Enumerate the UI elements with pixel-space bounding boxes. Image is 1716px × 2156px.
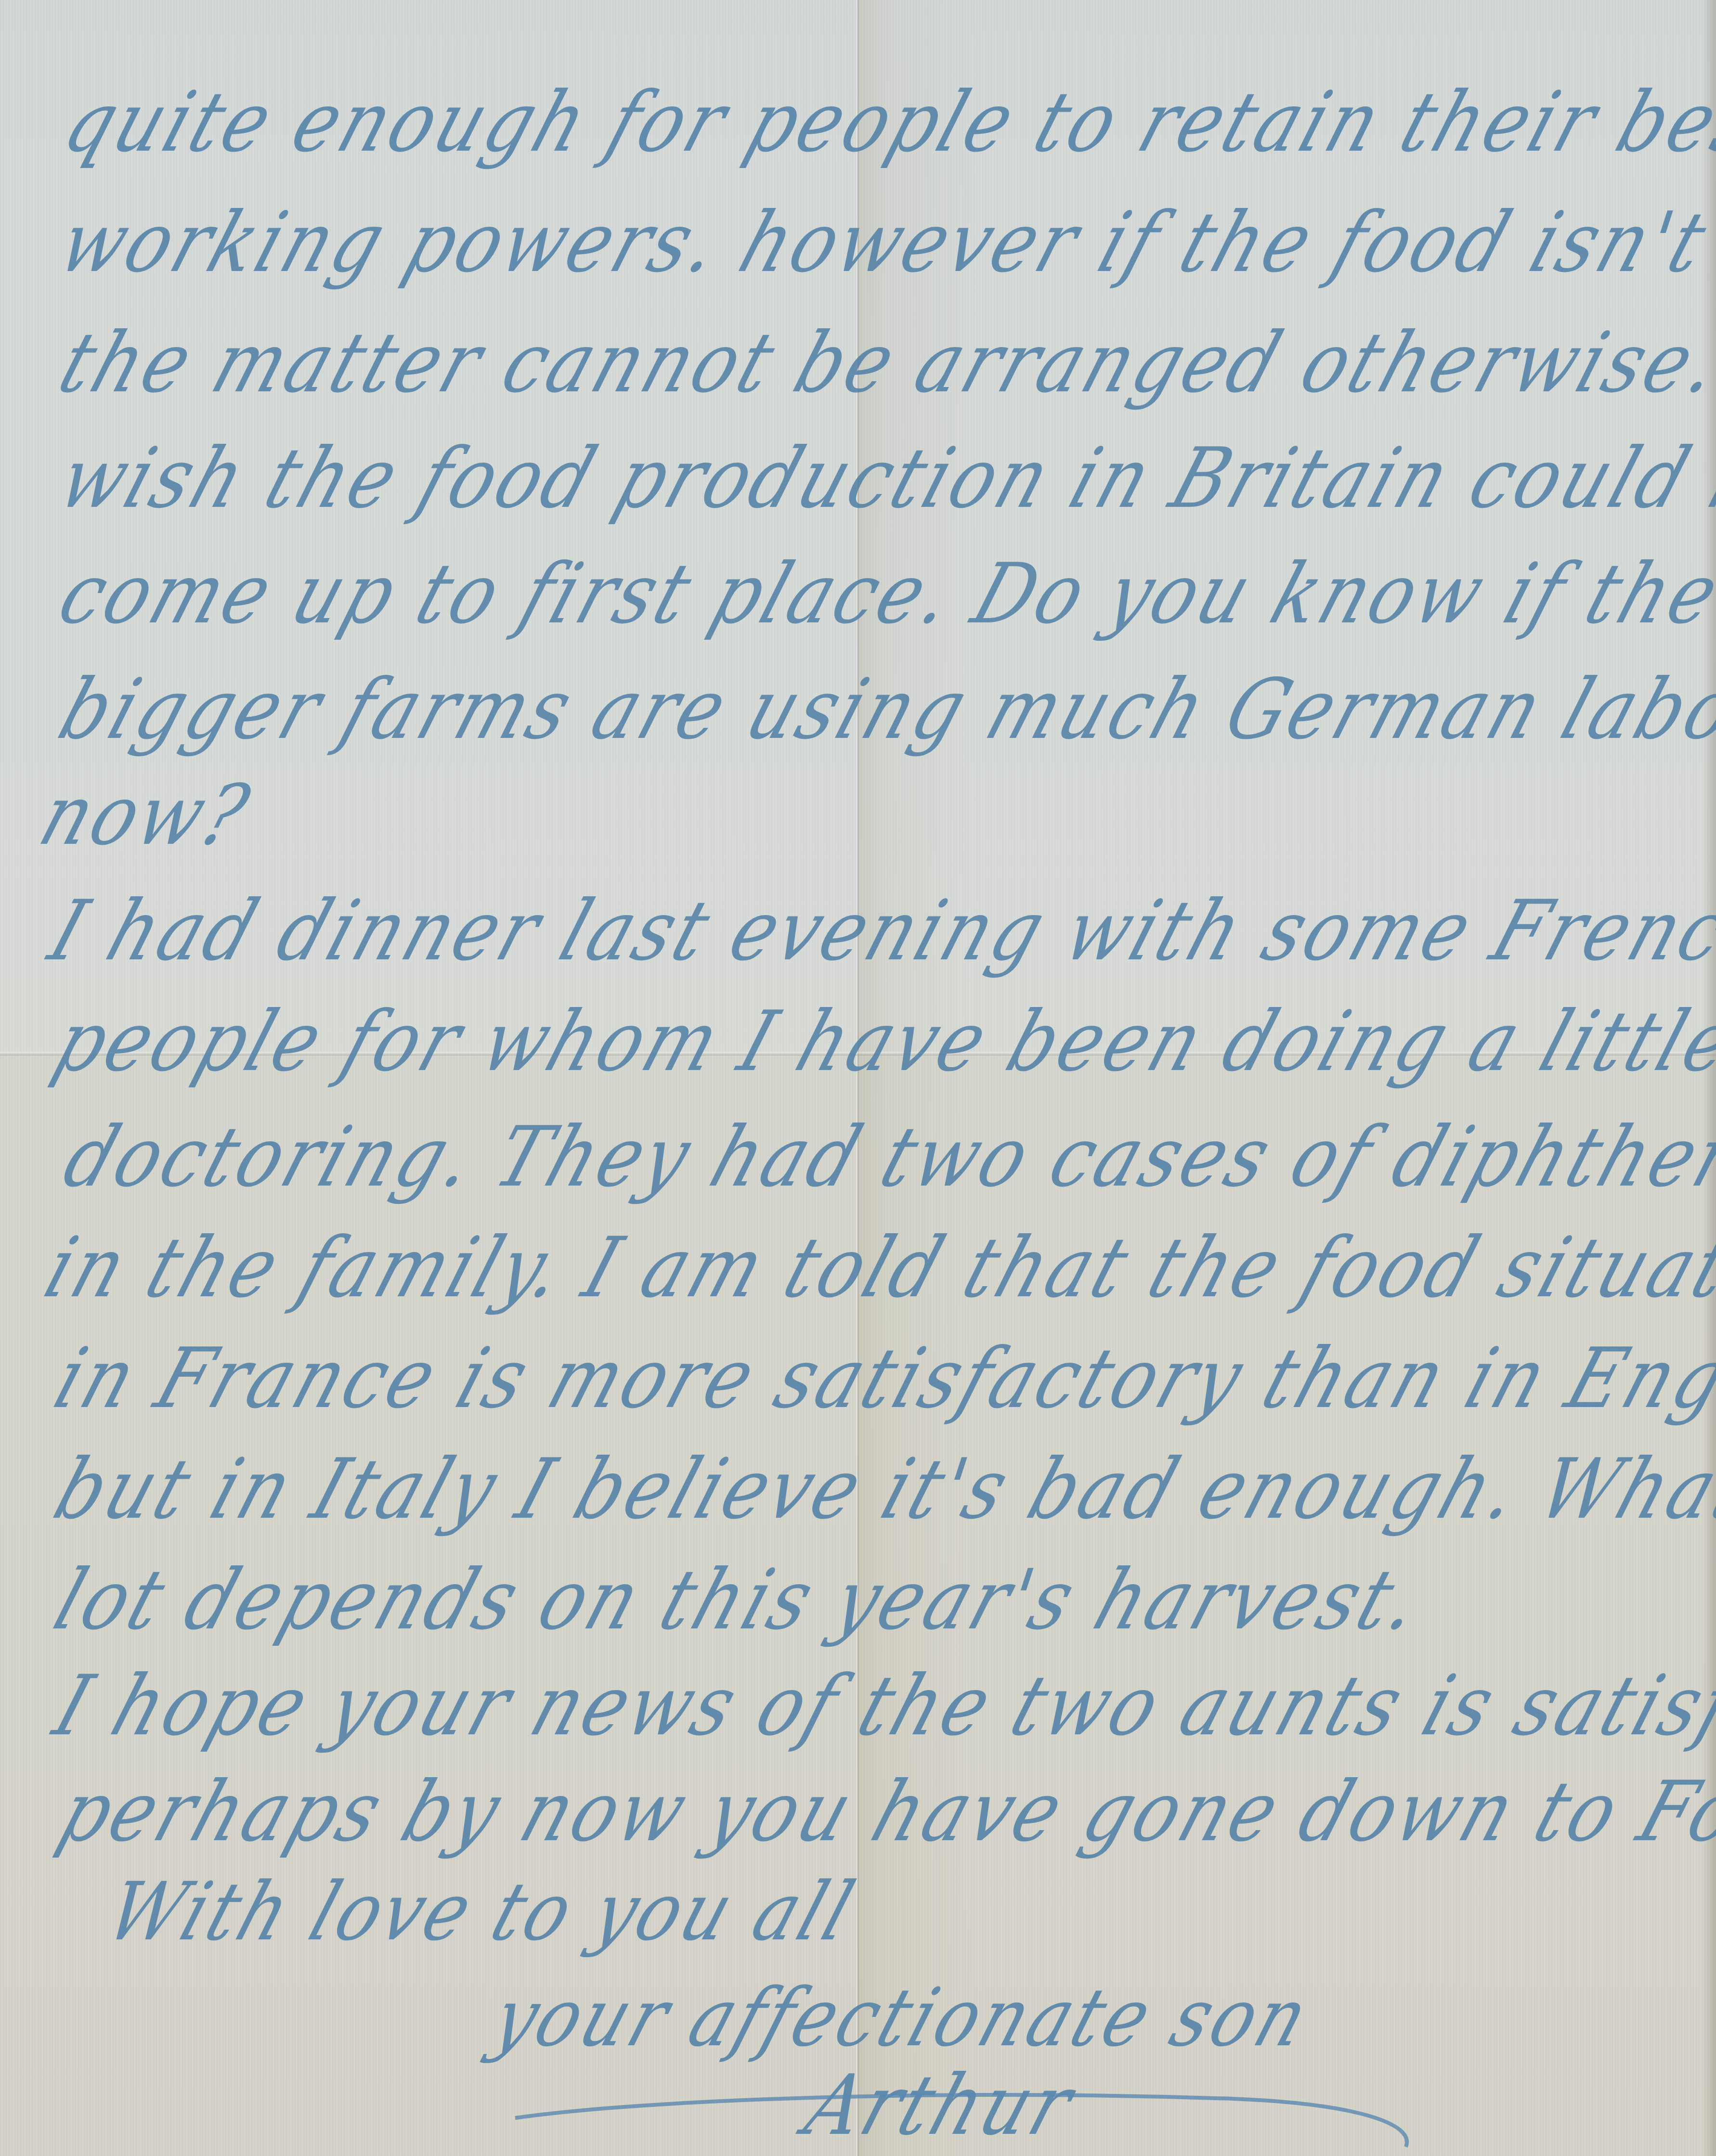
letter-line-2: working powers. however if the food isn'… (48, 194, 1716, 291)
letter-line-14: lot depends on this year's harvest. (43, 1552, 1434, 1648)
signature-underline-flourish (510, 2084, 1425, 2152)
letter-line-15: I hope your news of the two aunts is sat… (43, 1658, 1716, 1754)
letter-line-8: I had dinner last evening with some Fren… (39, 883, 1716, 979)
letter-line-3: the matter cannot be arranged otherwise.… (48, 315, 1716, 411)
letter-line-12: in France is more satisfactory than in E… (43, 1330, 1716, 1427)
letter-line-1: quite enough for people to retain their … (53, 74, 1716, 170)
letter-line-13: but in Italy I believe it's bad enough. … (43, 1441, 1716, 1537)
closing-line: With love to you all (96, 1865, 867, 1959)
letter-line-4: wish the food production in Britain coul… (48, 430, 1716, 527)
valediction: your affectionate son (481, 1971, 1322, 2065)
letter-page: quite enough for people to retain their … (0, 0, 1716, 2156)
letter-line-7: now? (29, 767, 262, 864)
letter-line-6: bigger farms are using much German labou… (48, 661, 1716, 758)
letter-line-5: come up to first place. Do you know if t… (48, 546, 1716, 642)
letter-line-10: doctoring. They had two cases of diphthe… (53, 1109, 1716, 1205)
letter-line-9: people for whom I have been doing a litt… (43, 994, 1716, 1090)
letter-line-11: in the family. I am told that the food s… (34, 1220, 1716, 1316)
letter-line-16: perhaps by now you have gone down to Fol… (48, 1764, 1716, 1860)
